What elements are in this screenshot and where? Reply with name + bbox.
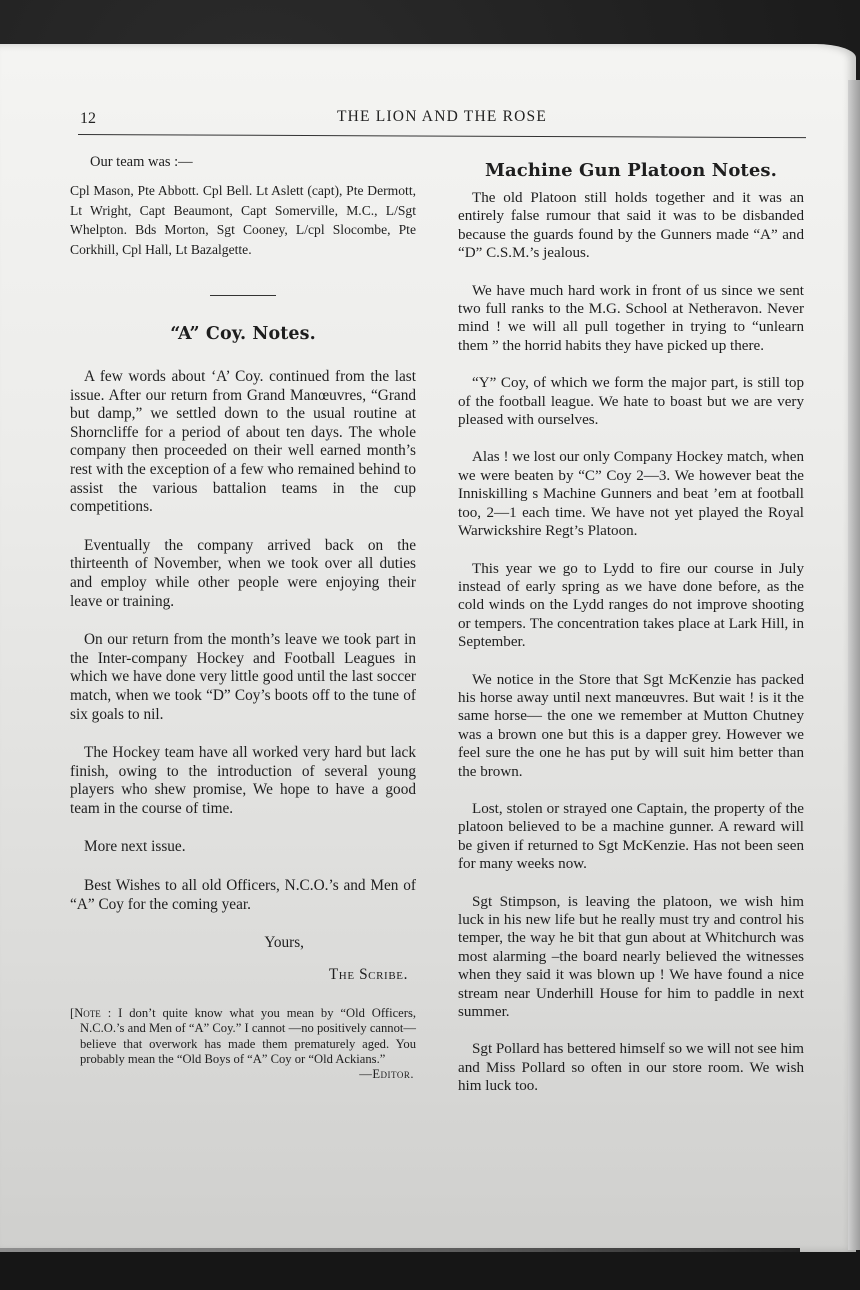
paragraph: Lost, stolen or strayed one Captain, the…: [458, 800, 804, 874]
a-coy-notes-title: “A” Coy. Notes.: [70, 324, 416, 344]
closing-yours: Yours,: [70, 934, 416, 952]
paragraph: We notice in the Store that Sgt McKenzie…: [458, 671, 804, 781]
header-rule: [78, 134, 806, 138]
paragraph: A few words about ‘A’ Coy. continued fro…: [70, 368, 416, 517]
machine-gun-notes-title: Machine Gun Platoon Notes.: [458, 160, 804, 181]
page-bottom-edge: [0, 1248, 800, 1252]
paragraph: We have much hard work in front of us si…: [458, 282, 804, 356]
right-column: Machine Gun Platoon Notes. The old Plato…: [458, 150, 804, 1115]
editor-signature: —Editor.: [70, 1067, 414, 1082]
page-edge: [848, 80, 860, 1250]
paragraph: More next issue.: [70, 838, 416, 857]
page-header: 12 THE LION AND THE ROSE: [78, 104, 806, 140]
paragraph: Sgt Pollard has bettered himself so we w…: [458, 1040, 804, 1095]
paragraph: The old Platoon still holds together and…: [458, 189, 804, 263]
editor-note: [Note : I don’t quite know what you mean…: [70, 1006, 416, 1067]
note-label: [Note :: [70, 1006, 111, 1020]
paragraph: Eventually the company arrived back on t…: [70, 537, 416, 611]
paragraph: Sgt Stimpson, is leaving the platoon, we…: [458, 893, 804, 1022]
team-intro: Our team was :—: [90, 154, 416, 171]
section-divider: [210, 295, 276, 296]
team-list: Cpl Mason, Pte Abbott. Cpl Bell. Lt Asle…: [70, 181, 416, 259]
paragraph: On our return from the month’s leave we …: [70, 631, 416, 724]
signature-scribe: The Scribe.: [70, 966, 416, 984]
paragraph: Alas ! we lost our only Company Hockey m…: [458, 448, 804, 540]
left-column: Our team was :— Cpl Mason, Pte Abbott. C…: [70, 150, 416, 1082]
paragraph: The Hockey team have all worked very har…: [70, 744, 416, 818]
note-text: I don’t quite know what you mean by “Old…: [80, 1006, 416, 1066]
paragraph: “Y” Coy, of which we form the major part…: [458, 374, 804, 429]
paragraph: This year we go to Lydd to fire our cour…: [458, 560, 804, 652]
paragraph: Best Wishes to all old Officers, N.C.O.’…: [70, 877, 416, 914]
running-title: THE LION AND THE ROSE: [78, 108, 806, 126]
